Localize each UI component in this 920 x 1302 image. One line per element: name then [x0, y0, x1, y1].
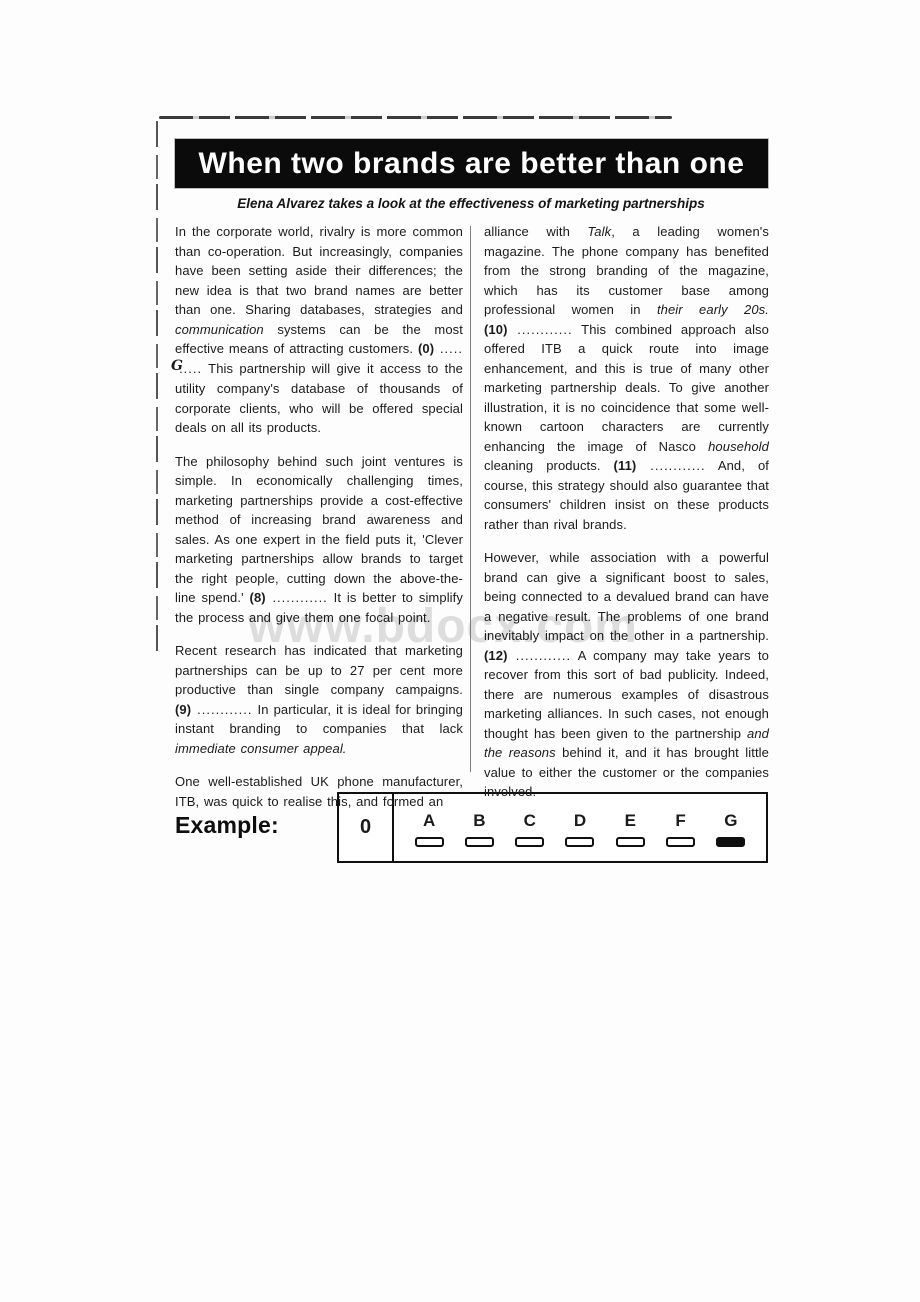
article-paragraph: One well-established UK phone manufactur… — [175, 772, 463, 811]
article-byline: Elena Alvarez takes a look at the effect… — [165, 196, 777, 211]
gap-number: (12) — [484, 648, 508, 663]
gap-number: (11) — [614, 458, 637, 473]
italic-text: Talk — [587, 224, 611, 239]
column-divider-line — [470, 226, 471, 772]
article-column-left: In the corporate world, rivalry is more … — [175, 222, 463, 825]
article-title-banner: When two brands are better than one — [175, 139, 768, 188]
gap-12: (12) ............ — [484, 648, 571, 663]
option-bubble-E — [616, 837, 645, 847]
article-body: In the corporate world, rivalry is more … — [175, 222, 769, 825]
gap-dotted-line: ............ — [508, 648, 572, 663]
gap-handwritten-answer: G — [171, 357, 183, 377]
gap-number: (9) — [175, 702, 191, 717]
gap-11: (11) ............ — [614, 458, 706, 473]
article-title: When two brands are better than one — [199, 147, 745, 181]
body-text: Recent research has indicated that marke… — [175, 643, 463, 697]
gap-number: (10) — [484, 322, 508, 337]
body-text: In the corporate world, rivalry is more … — [175, 224, 463, 317]
article-column-right: alliance with Talk, a leading women's ma… — [484, 222, 769, 825]
body-text: alliance with — [484, 224, 587, 239]
option-bubble-B — [465, 837, 494, 847]
italic-text: their early 20s. — [657, 302, 769, 317]
article-paragraph: The philosophy behind such joint venture… — [175, 452, 463, 628]
gap-8: (8) ............ — [250, 590, 328, 605]
option-bubble-C — [515, 837, 544, 847]
article-paragraph: However, while association with a powerf… — [484, 548, 769, 802]
body-text: The philosophy behind such joint venture… — [175, 454, 463, 606]
gap-9: (9) ............ — [175, 702, 252, 717]
option-bubble-G-filled — [716, 837, 745, 847]
article-paragraph: alliance with Talk, a leading women's ma… — [484, 222, 769, 534]
scan-edge-line-left — [156, 121, 158, 658]
scanned-exam-page: When two brands are better than one Elen… — [0, 0, 920, 1302]
gap-number: (0) — [418, 341, 434, 356]
italic-text: communication — [175, 322, 264, 337]
article-paragraph: In the corporate world, rivalry is more … — [175, 222, 463, 438]
body-text: One well-established UK phone manufactur… — [175, 774, 463, 809]
gap-dotted-line: ............ — [508, 322, 573, 337]
gap-number: (8) — [250, 590, 266, 605]
italic-text: household — [708, 439, 769, 454]
italic-text: immediate consumer appeal. — [175, 741, 347, 756]
body-text: cleaning products. — [484, 458, 614, 473]
gap-dotted-line: ............ — [191, 702, 252, 717]
gap-dotted-line: ............ — [266, 590, 328, 605]
scan-edge-line-top — [159, 116, 672, 119]
body-text: However, while association with a powerf… — [484, 550, 769, 643]
gap-dotted-line: ..... — [434, 341, 463, 356]
option-bubble-A — [415, 837, 444, 847]
body-text: This combined approach also offered ITB … — [484, 322, 769, 454]
option-bubble-D — [565, 837, 594, 847]
body-text: This partnership will give it access to … — [175, 361, 463, 436]
article-paragraph: Recent research has indicated that marke… — [175, 641, 463, 758]
option-bubble-F — [666, 837, 695, 847]
gap-dotted-line: ............ — [636, 458, 705, 473]
gap-10: (10) ............ — [484, 322, 573, 337]
